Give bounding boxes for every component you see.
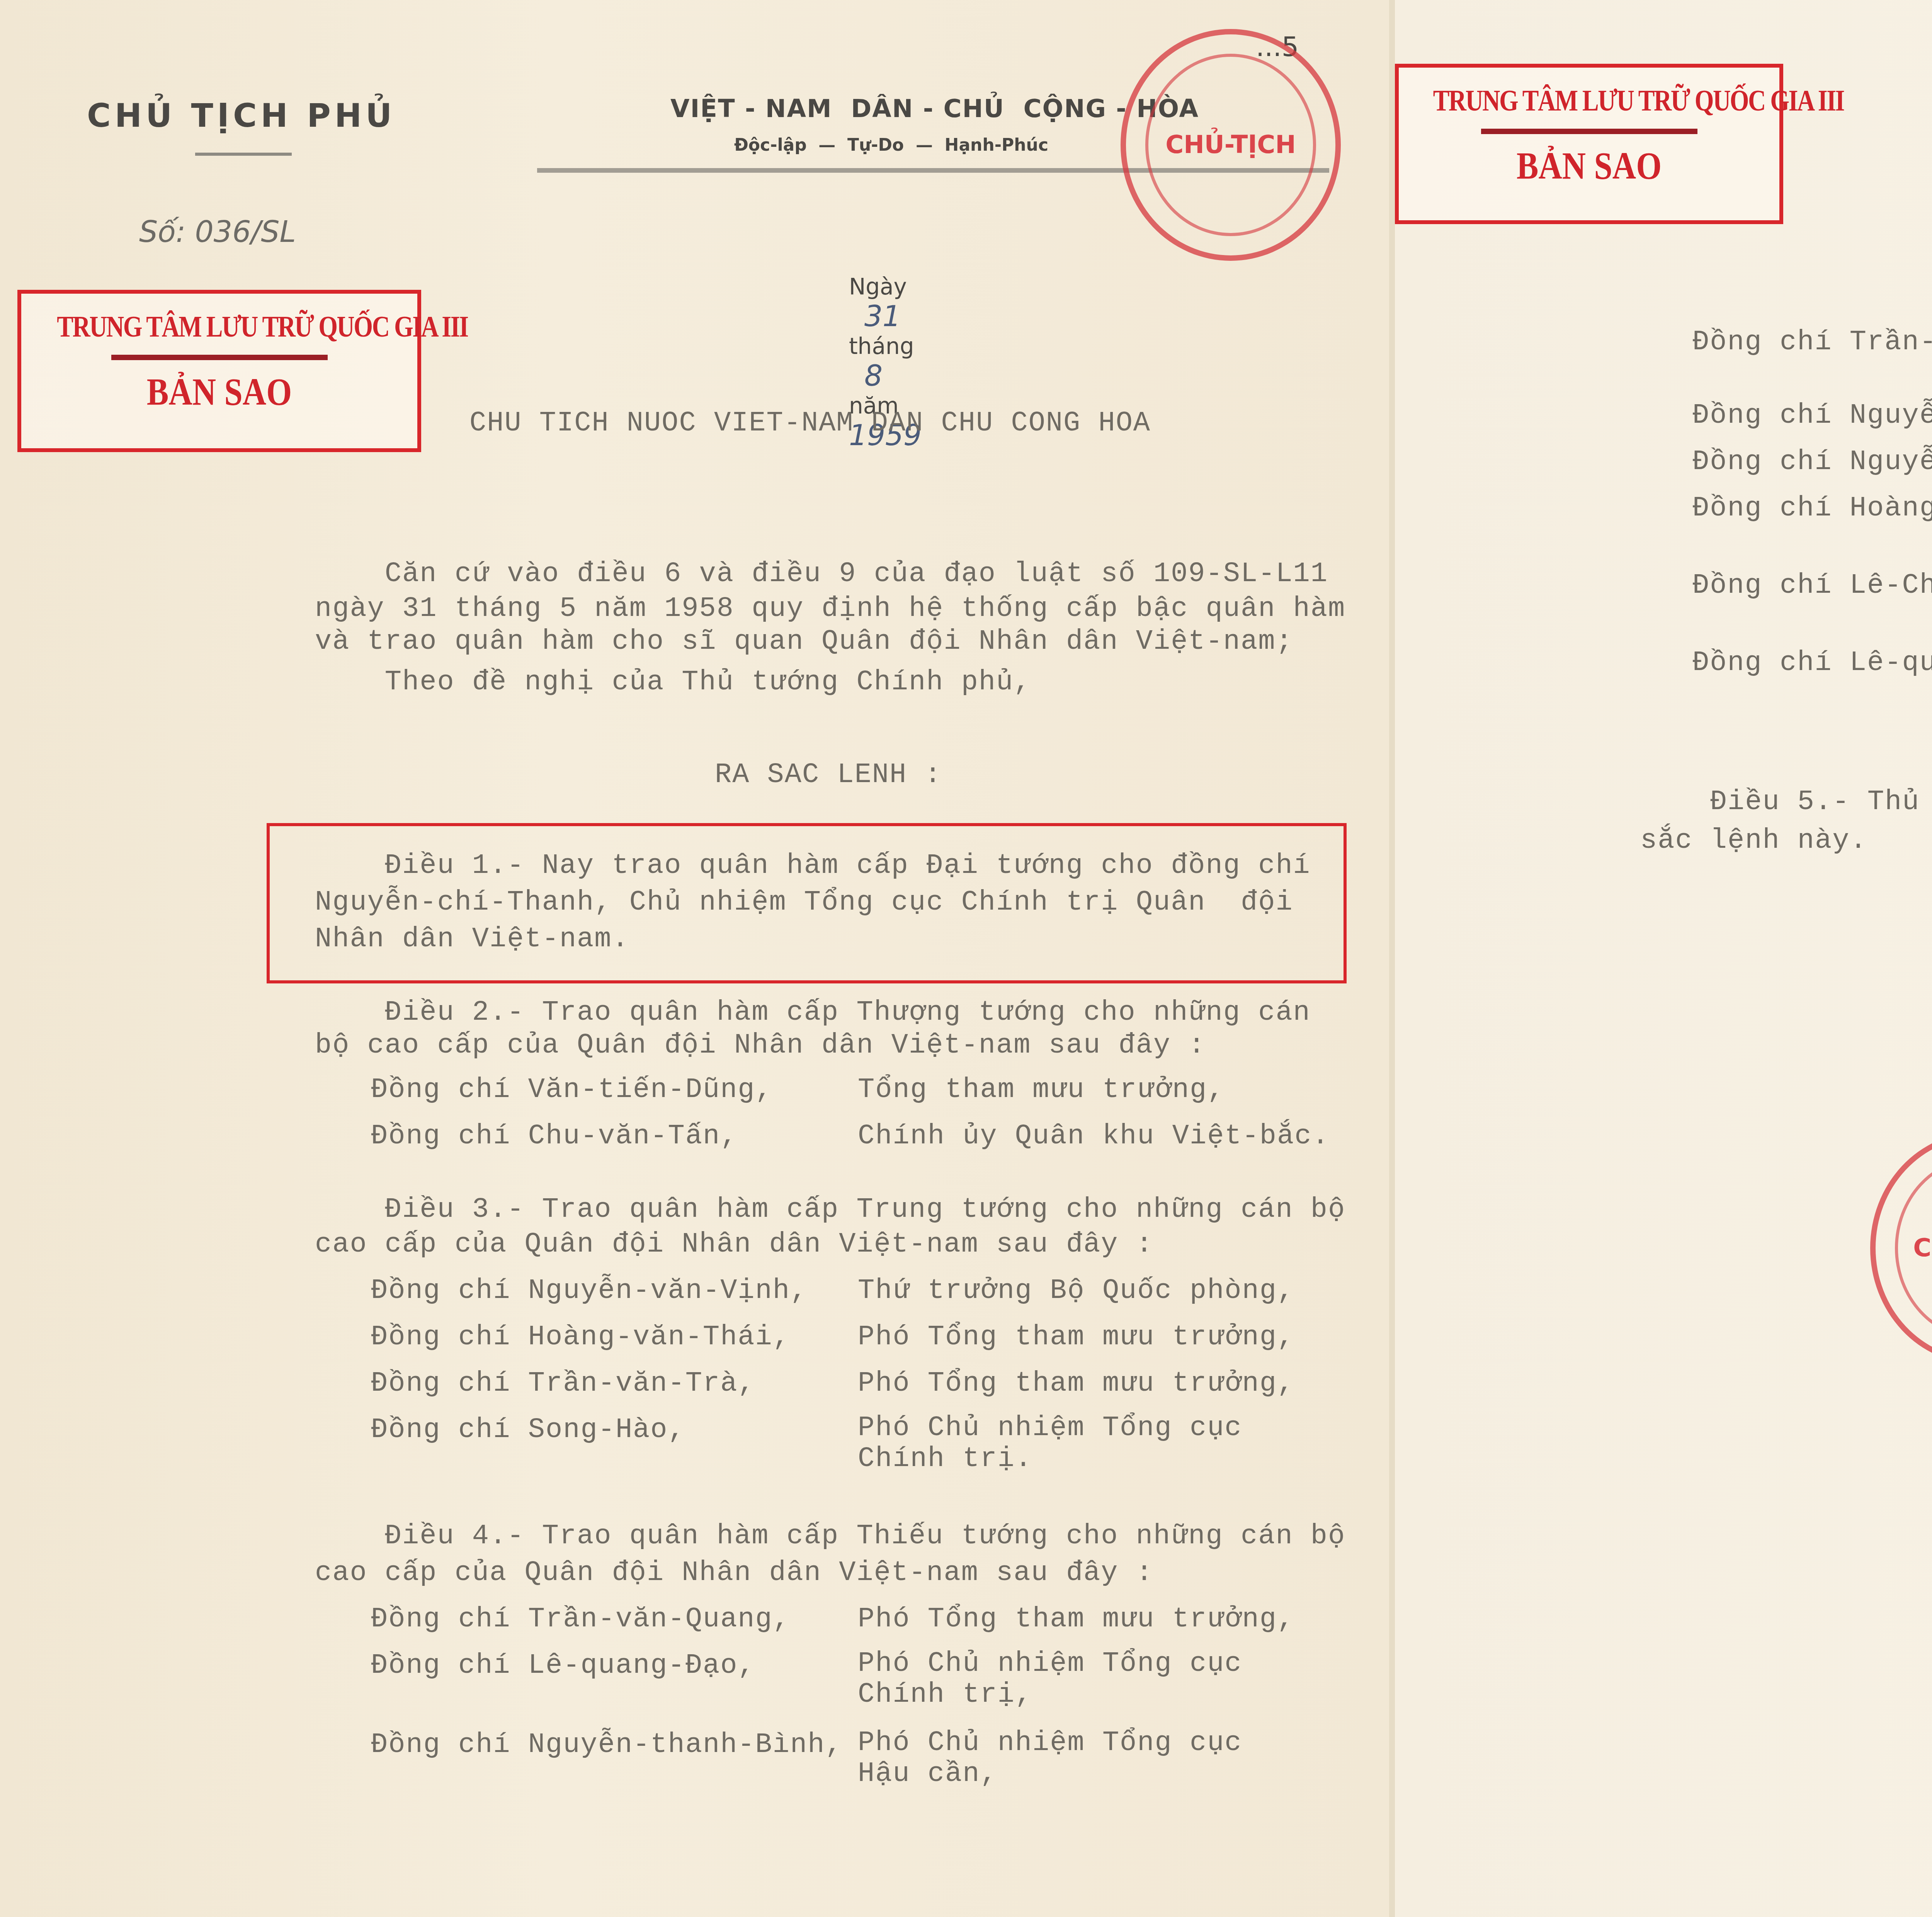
right-row-name: Đồng chí Nguyễn-bằng-Giang, xyxy=(1692,398,1932,433)
article-4-row-name: Đồng chí Lê-quang-Đạo, xyxy=(371,1648,755,1683)
article-3-row-name: Đồng chí Trần-văn-Trà, xyxy=(371,1366,755,1401)
article-1-line-2: Nguyễn-chí-Thanh, Chủ nhiệm Tổng cục Chí… xyxy=(315,885,1293,920)
article-3-row-name: Đồng chí Song-Hào, xyxy=(371,1412,685,1447)
article-3-intro-1: Điều 3.- Trao quân hàm cấp Trung tướng c… xyxy=(315,1192,1345,1227)
country-name: VIỆT - NAM DÂN - CHỦ CỘNG - HÒA xyxy=(670,95,1199,123)
preamble-line-4: Theo đề nghị của Thủ tướng Chính phủ, xyxy=(315,665,1031,699)
article-2-row-title: Chính ủy Quân khu Việt-bắc. xyxy=(858,1119,1330,1153)
article-5-line-2: sắc lệnh này. xyxy=(1640,823,1867,858)
national-motto: Độc-lập — Tự-Do — Hạnh-Phúc xyxy=(734,135,1048,155)
decree-number: Số: 036/SL xyxy=(139,214,296,249)
article-3-row-title: Phó Tổng tham mưu trưởng, xyxy=(858,1366,1294,1401)
article-4-row-title: Phó Chủ nhiệm Tổng cục Chính trị, xyxy=(858,1648,1242,1710)
archive-stamp-title: TRUNG TÂM LƯU TRỮ QUỐC GIA III xyxy=(57,309,382,344)
article-5-line-1: Điều 5.- Thủ tướng Chính phủ chịu trách … xyxy=(1640,784,1932,819)
decree-heading: RA SAC LENH : xyxy=(715,757,942,792)
seal-text: CHỦ-TỊCH xyxy=(1126,131,1335,159)
archive-stamp-rule xyxy=(1481,129,1697,134)
preamble-line-1: Căn cứ vào điều 6 và điều 9 của đạo luật… xyxy=(315,556,1328,591)
article-4-row-title: Phó Chủ nhiệm Tổng cục Hậu cần, xyxy=(858,1727,1242,1789)
archive-stamp-rule xyxy=(111,355,328,360)
article-4-row-name: Đồng chí Nguyễn-thanh-Bình, xyxy=(371,1727,843,1762)
article-3-row-name: Đồng chí Nguyễn-văn-Vịnh, xyxy=(371,1273,808,1308)
article-2-intro-2: bộ cao cấp của Quân đội Nhân dân Việt-na… xyxy=(315,1028,1206,1063)
article-4-intro-1: Điều 4.- Trao quân hàm cấp Thiếu tướng c… xyxy=(315,1519,1345,1553)
article-1-line-3: Nhân dân Việt-nam. xyxy=(315,922,629,956)
article-3-row-title: Phó Tổng tham mưu trưởng, xyxy=(858,1320,1294,1354)
article-3-intro-2: cao cấp của Quân đội Nhân dân Việt-nam s… xyxy=(315,1227,1153,1262)
office-name: CHỦ TỊCH PHỦ xyxy=(87,97,396,134)
document-title: CHU TICH NUOC VIET-NAM DAN CHU CONG HOA xyxy=(469,406,1151,441)
article-4-row-name: Đồng chí Trần-văn-Quang, xyxy=(371,1602,790,1636)
archive-stamp-label: BẢN SAO xyxy=(51,369,388,414)
archive-stamp-label: BẢN SAO xyxy=(1427,143,1751,188)
seal-text: CHỦ-TỊCH xyxy=(1876,1234,1932,1262)
right-row-name: Đồng chí Trần-Sâm, xyxy=(1692,325,1932,359)
preamble-line-2: ngày 31 tháng 5 năm 1958 quy định hệ thố… xyxy=(315,591,1345,626)
article-3-row-name: Đồng chí Hoàng-văn-Thái, xyxy=(371,1320,790,1354)
article-2-row-name: Đồng chí Chu-văn-Tấn, xyxy=(371,1119,738,1153)
right-page xyxy=(1395,0,1932,1917)
article-2-intro-1: Điều 2.- Trao quân hàm cấp Thượng tướng … xyxy=(315,995,1311,1030)
article-1-line-1: Điều 1.- Nay trao quân hàm cấp Đại tướng… xyxy=(315,848,1311,883)
date-month: 8 xyxy=(864,359,883,393)
archive-stamp-title: TRUNG TÂM LƯU TRỮ QUỐC GIA III xyxy=(1433,83,1745,118)
office-underline xyxy=(195,153,292,156)
article-4-intro-2: cao cấp của Quân đội Nhân dân Việt-nam s… xyxy=(315,1555,1153,1590)
article-2-row-title: Tổng tham mưu trưởng, xyxy=(858,1072,1225,1107)
right-row-name: Đồng chí Lê-quang-Hòa, xyxy=(1692,645,1932,680)
article-2-row-name: Đồng chí Văn-tiến-Dũng, xyxy=(371,1072,773,1107)
article-3-row-title: Thứ trưởng Bộ Quốc phòng, xyxy=(858,1273,1294,1308)
date-month-label: tháng xyxy=(849,333,914,359)
date-prefix: Ngày xyxy=(849,274,907,300)
archive-stamp-right: TRUNG TÂM LƯU TRỮ QUỐC GIA III BẢN SAO xyxy=(1395,64,1783,224)
right-row-name: Đồng chí Lê-Chương, xyxy=(1692,568,1932,603)
date-day: 31 xyxy=(864,300,901,333)
presidential-seal-top: CHỦ-TỊCH xyxy=(1121,29,1341,261)
archive-stamp-left: TRUNG TÂM LƯU TRỮ QUỐC GIA III BẢN SAO xyxy=(17,290,421,452)
article-3-row-title: Phó Chủ nhiệm Tổng cục Chính trị. xyxy=(858,1412,1242,1474)
right-row-name: Đồng chí Nguyễn-trọng-Vĩnh, xyxy=(1692,444,1932,479)
right-row-name: Đồng chí Hoàng-minh-Thảo, xyxy=(1692,491,1932,526)
article-4-row-title: Phó Tổng tham mưu trưởng, xyxy=(858,1602,1294,1636)
preamble-line-3: và trao quân hàm cho sĩ quan Quân đội Nh… xyxy=(315,624,1293,659)
